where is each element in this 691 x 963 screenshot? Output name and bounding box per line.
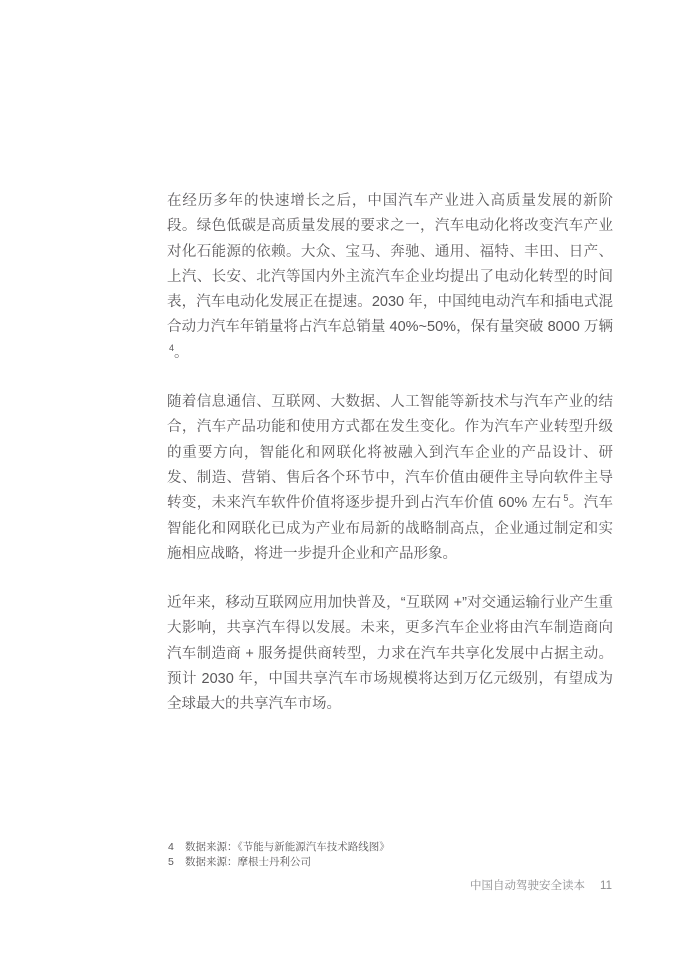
body-text: 在经历多年的快速增长之后，中国汽车产业进入高质量发展的新阶段。绿色低碳是高质量发…: [167, 189, 613, 742]
footnote-number: 5: [168, 855, 176, 870]
paragraph-text: 随着信息通信、互联网、大数据、人工智能等新技术与汽车产业的结合，汽车产品功能和使…: [167, 394, 613, 511]
document-page: 在经历多年的快速增长之后，中国汽车产业进入高质量发展的新阶段。绿色低碳是高质量发…: [0, 0, 691, 963]
footnote-5: 5 数据来源：摩根士丹利公司: [168, 855, 390, 870]
paragraph-shared-mobility: 近年来，移动互联网应用加快普及，“互联网 +”对交通运输行业产生重大影响，共享汽…: [167, 591, 613, 717]
footnote-text: 数据来源：《节能与新能源汽车技术路线图》: [185, 840, 390, 855]
footnote-4: 4 数据来源：《节能与新能源汽车技术路线图》: [168, 840, 390, 855]
footer-page-number: 11: [600, 879, 612, 894]
paragraph-text: 。: [174, 345, 189, 361]
paragraph-intelligence-connectivity: 随着信息通信、互联网、大数据、人工智能等新技术与汽车产业的结合，汽车产品功能和使…: [167, 390, 613, 567]
footer-book-title: 中国自动驾驶安全读本: [470, 879, 585, 894]
footnote-text: 数据来源：摩根士丹利公司: [185, 855, 311, 870]
page-footer: 中国自动驾驶安全读本 11: [470, 879, 612, 894]
paragraph-text: 在经历多年的快速增长之后，中国汽车产业进入高质量发展的新阶段。绿色低碳是高质量发…: [167, 193, 613, 335]
footnote-number: 4: [168, 840, 176, 855]
paragraph-text: 近年来，移动互联网应用加快普及，“互联网 +”对交通运输行业产生重大影响，共享汽…: [167, 595, 613, 712]
paragraph-ev-transition: 在经历多年的快速增长之后，中国汽车产业进入高质量发展的新阶段。绿色低碳是高质量发…: [167, 189, 613, 366]
footnotes: 4 数据来源：《节能与新能源汽车技术路线图》 5 数据来源：摩根士丹利公司: [168, 840, 390, 869]
